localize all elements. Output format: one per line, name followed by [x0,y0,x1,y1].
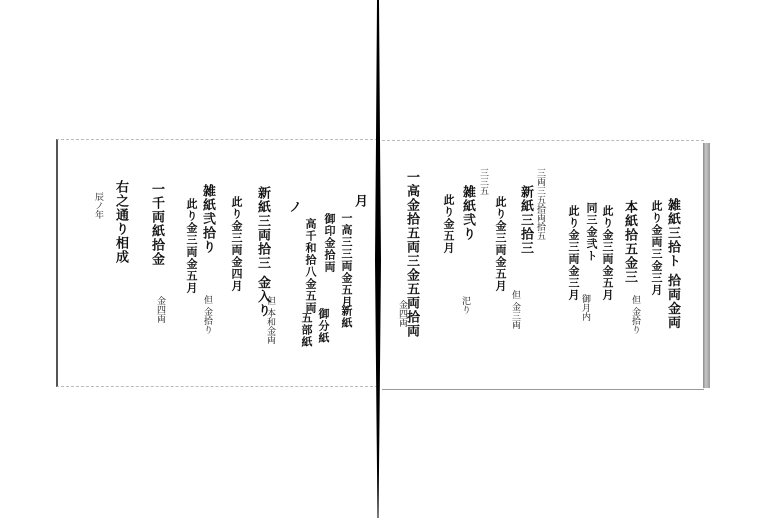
left-column-8: 新紙三両拾三 金入り [255,186,269,318]
left-column-6: 五部紙 [300,312,312,348]
right-column-18: 金四両 [397,300,407,327]
right-column-10: 新紙三拾三 [518,185,532,255]
right-column-12: 但 金三両 [510,290,520,329]
right-column-9: 三両三五拾両拾五 [535,168,545,240]
right-column-3: 本紙拾五金三 [622,200,636,284]
right-column-7: 此り金三両金三月 [567,205,579,301]
left-column-12: 但 金拾り [202,295,212,334]
left-column-9: 此り金三両金四月 [230,196,242,292]
right-column-1: 雑紙三拾ト 拾両金両 [665,198,679,330]
left-column-1: 一高三三両金五月 [340,212,352,308]
right-column-6: 同三金弐ト [585,202,597,262]
book-gutter [375,0,381,518]
right-column-2: 此り金両三金三月 [650,200,662,296]
right-column-16: 汜り [460,296,470,314]
left-column-11: 此り金三両金五月 [185,198,197,294]
right-page-edge [703,143,710,388]
right-column-4: 此り金三両金五月 [601,205,613,301]
left-column-extra: 金四両 [155,296,165,323]
left-column-4: 新紙 [340,305,352,329]
left-column-14: 右之通り相成 [113,180,127,264]
right-column-5: 但 金拾り [630,295,640,334]
right-column-11: 此り金三両金五月 [494,196,506,292]
left-column-13: 一千両紙拾金 [149,182,163,266]
right-column-15: 此り金五月 [442,194,454,254]
right-column-14: 雑紙弐り [460,185,474,241]
manuscript-spread: 月 一高三三両金五月 新紙 御印金拾両 御分紙 高千和拾八金五両 五部紙 但 本… [0,0,768,518]
right-column-8: 御月内 [580,294,590,321]
left-mark-tsuki: 月 [352,194,366,208]
left-column-10: 雑紙弐拾り [200,184,214,254]
left-column-5: 御分紙 [317,308,329,344]
left-mark-no: ノ [286,200,300,214]
left-column-2: 御印金拾両 [323,213,335,273]
right-column-13: 三三五 [478,168,488,195]
left-column-3: 高千和拾八金五両 [304,218,316,314]
left-column-15: 辰ノ年 [93,192,103,219]
